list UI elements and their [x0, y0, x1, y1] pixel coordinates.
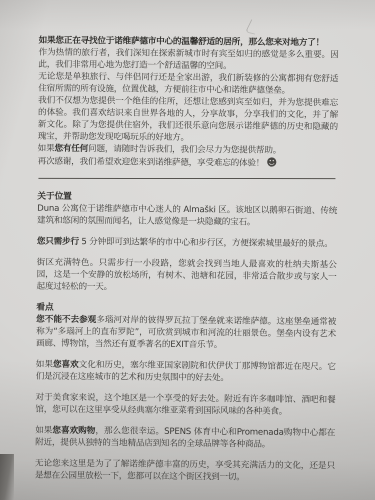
paragraph: 您只需步行 5 分钟即可到达繁华的市中心和步行区，方便探索城里最好的景点。 — [37, 236, 337, 251]
text-segment: 对于美食家来说，这个地区是一个享受的好去处。附近有许多咖啡馆、酒吧和餐馆，您可以… — [35, 393, 335, 417]
text-segment: 街区充满特色。只需步行一小段路，您就会找到当地人最喜欢的杜纳夫斯基公园，这是一个… — [36, 258, 336, 293]
paragraph: 您不能不去参观多瑙河对岸的彼得罗瓦拉丁堡垒就来诺维萨德。这座堡垒通常被称为“多瑙… — [36, 314, 336, 353]
text-segment: 再次感谢，我们希望欢迎您来到诺维萨德，享受难忘的体验！ — [38, 157, 265, 169]
section-highlights: 看点 您不能不去参观多瑙河对岸的彼得罗瓦拉丁堡垒就来诺维萨德。这座堡垒通常被称为… — [35, 302, 337, 485]
text-segment: 您喜欢 — [53, 360, 79, 370]
paragraph: 无论您是单独旅行、与伴侣同行还是全家出游，我们新装修的公寓都拥有您舒适住宿所需的… — [38, 71, 338, 98]
text-segment: 作为热情的旅行者，我们深知在探索新城市时有宾至如归的感觉是多么重要。因此，我们非… — [38, 48, 338, 72]
text-segment: 如果 — [35, 426, 52, 436]
text-segment: 如果 — [36, 360, 53, 370]
paragraph: 街区充满特色。只需步行一小段路，您就会找到当地人最喜欢的杜纳夫斯基公园，这是一个… — [36, 257, 336, 296]
section-intro: 如果您正在寻找位于诺维萨德市中心的温馨舒适的居所，那么您来对地方了！作为热情的旅… — [38, 35, 339, 171]
text-segment: 5 分钟即可到达繁华的市中心和步行区，方便探索城里最好的景点。 — [79, 237, 333, 249]
paragraph: 如果您喜欢购物，那么您很幸运。SPENS 体育中心和Promenada购物中心都… — [35, 425, 335, 452]
smiley-emoji-icon: ☻ — [266, 157, 277, 169]
text-segment: 您有任何 — [54, 144, 88, 154]
text-segment: Duna 公寓位于诺维萨德市中心迷人的 Almaški 区。该地区以鹅卵石街道、… — [37, 204, 337, 228]
text-segment: 无论您是单独旅行、与伴侣同行还是全家出游，我们新装修的公寓都拥有您舒适住宿所需的… — [38, 72, 338, 96]
paragraph: 再次感谢，我们希望欢迎您来到诺维萨德，享受难忘的体验！☻ — [38, 155, 338, 171]
paragraph: 作为热情的旅行者，我们深知在探索新城市时有宾至如归的感觉是多么重要。因此，我们非… — [38, 47, 338, 74]
section-about-location: 关于位置 Duna 公寓位于诺维萨德市中心迷人的 Almaški 区。该地区以鹅… — [36, 191, 337, 296]
photographed-document: 如果您正在寻找位于诺维萨德市中心的温馨舒适的居所，那么您来对地方了！作为热情的旅… — [0, 0, 375, 500]
table-corner-shadow — [0, 454, 14, 500]
text-segment: 我们不仅想为您提供一个绝佳的住所，还想让您感到宾至如归，并为您提供难忘的体验。我… — [38, 96, 338, 143]
text-segment: 如果 — [38, 144, 55, 154]
text-segment: 您喜欢购物 — [52, 426, 95, 436]
text-segment: 文化和历史，塞尔维亚国家剧院和伏伊伏丁那博物馆都近在咫尺。它们是沉浸在这座城市的… — [36, 360, 336, 383]
highlights-paragraphs: 您不能不去参观多瑙河对岸的彼得罗瓦拉丁堡垒就来诺维萨德。这座堡垒通常被称为“多瑙… — [35, 314, 336, 485]
text-segment: 您不能不去参观 — [36, 315, 96, 326]
text-segment: 您只需步行 — [37, 237, 79, 247]
document-page: 如果您正在寻找位于诺维萨德市中心的温馨舒适的居所，那么您来对地方了！作为热情的旅… — [0, 0, 375, 494]
section-divider — [38, 178, 335, 179]
text-segment: 问题，请随时告诉我们，我们会尽力为您提供帮助。 — [88, 144, 281, 156]
paragraph: 对于美食家来说，这个地区是一个享受的好去处。附近有许多咖啡馆、酒吧和餐馆，您可以… — [35, 392, 335, 419]
location-paragraphs: Duna 公寓位于诺维萨德市中心迷人的 Almaški 区。该地区以鹅卵石街道、… — [36, 203, 337, 296]
intro-paragraphs: 如果您正在寻找位于诺维萨德市中心的温馨舒适的居所，那么您来对地方了！作为热情的旅… — [38, 35, 339, 171]
paragraph: 无论您来这里是为了了解诺维萨德丰富的历史，享受其充满活力的文化，还是只是想在公园… — [35, 458, 335, 485]
paragraph: Duna 公寓位于诺维萨德市中心迷人的 Almaški 区。该地区以鹅卵石街道、… — [37, 203, 337, 230]
paragraph: 如果您喜欢文化和历史，塞尔维亚国家剧院和伏伊伏丁那博物馆都近在咫尺。它们是沉浸在… — [36, 359, 336, 386]
paragraph: 我们不仅想为您提供一个绝佳的住所，还想让您感到宾至如归，并为您提供难忘的体验。我… — [38, 95, 338, 146]
text-segment: 无论您来这里是为了了解诺维萨德丰富的历史，享受其充满活力的文化，还是只是想在公园… — [35, 459, 335, 483]
